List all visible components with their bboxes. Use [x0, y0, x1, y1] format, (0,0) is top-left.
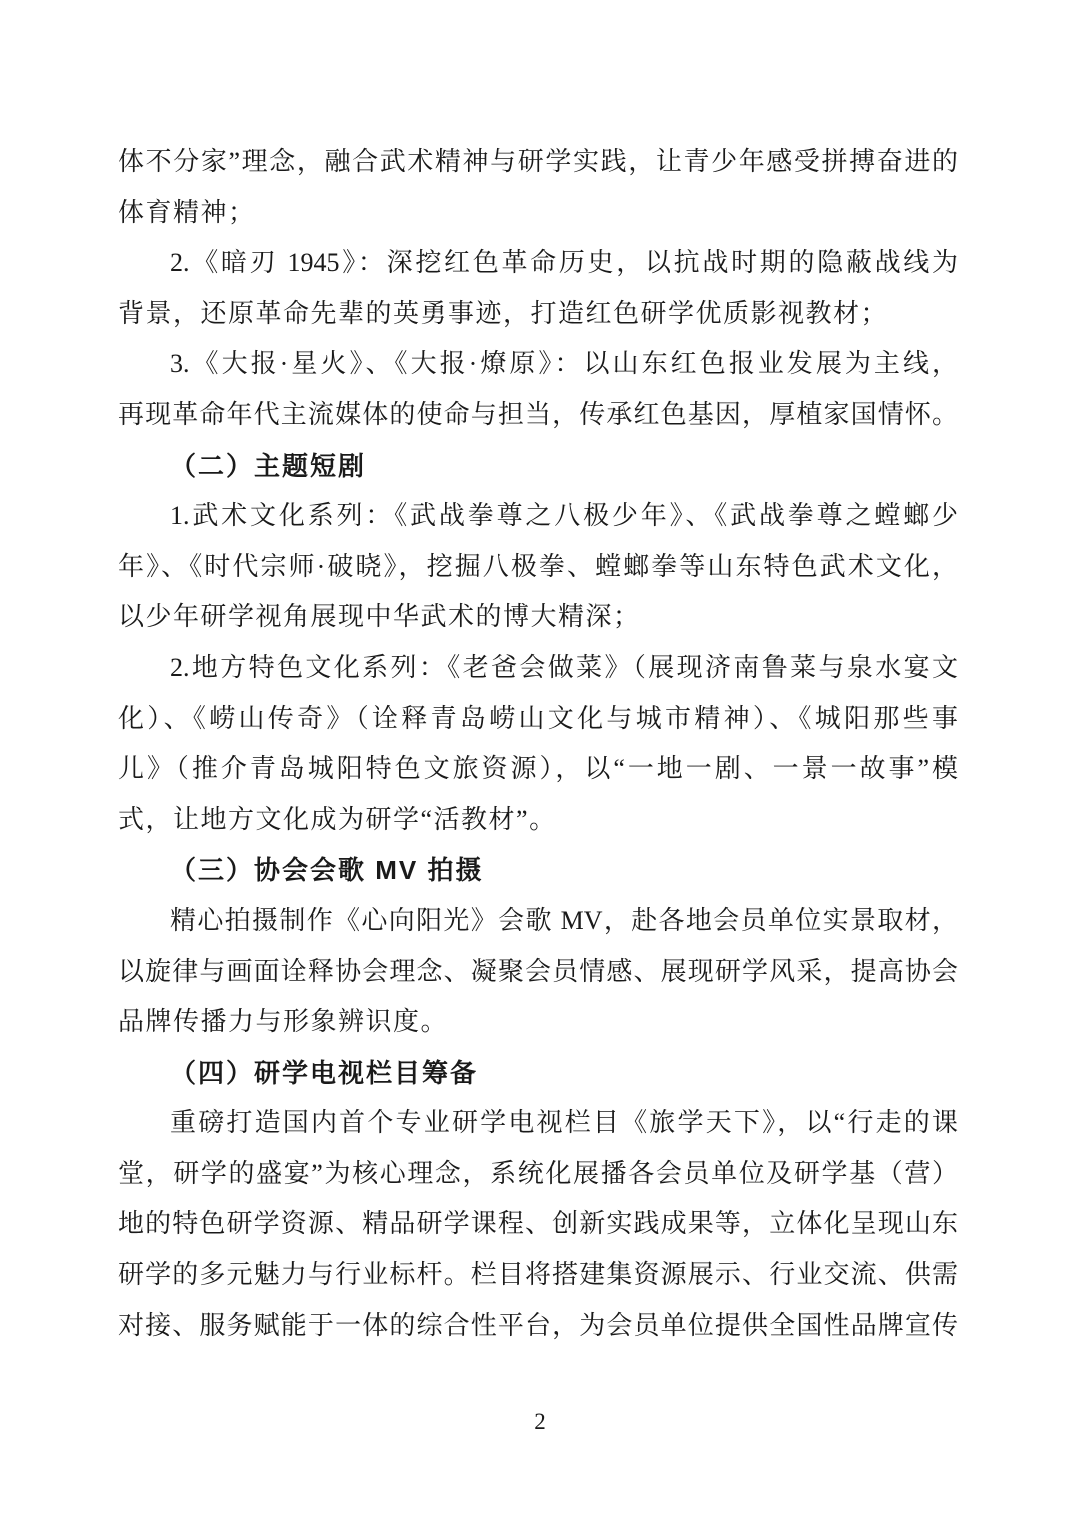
text-line: 研学的多元魅力与行业标杆。栏目将搭建集资源展示、行业交流、供需 [118, 1250, 958, 1301]
paragraph-start-line: 重磅打造国内首个专业研学电视栏目《旅学天下》，以“行走的课 [118, 1098, 958, 1149]
text-line: 体不分家”理念，融合武术精神与研学实践，让青少年感受拼搏奋进的 [118, 137, 958, 188]
list-item-2-anren1945: 2.《暗刃 1945》：深挖红色革命历史，以抗战时期的隐蔽战线为 [118, 238, 958, 289]
text-line: 品牌传播力与形象辨识度。 [118, 997, 958, 1048]
paragraph-start-line: 精心拍摄制作《心向阳光》会歌 MV，赴各地会员单位实景取材， [118, 896, 958, 947]
text-line: 堂，研学的盛宴”为核心理念，系统化展播各会员单位及研学基（营） [118, 1149, 958, 1200]
text-line: 以少年研学视角展现中华武术的博大精深； [118, 592, 958, 643]
text-line: 体育精神； [118, 188, 958, 239]
document-page: 体不分家”理念，融合武术精神与研学实践，让青少年感受拼搏奋进的 体育精神； 2.… [0, 0, 1080, 1527]
section-heading-3-anthem-mv: （三）协会会歌 MV 拍摄 [118, 845, 958, 896]
text-line: 背景，还原革命先辈的英勇事迹，打造红色研学优质影视教材； [118, 289, 958, 340]
text-line: 对接、服务赋能于一体的综合性平台，为会员单位提供全国性品牌宣传 [118, 1301, 958, 1352]
text-line: 儿》（推介青岛城阳特色文旅资源），以“一地一剧、一景一故事”模 [118, 744, 958, 795]
list-item-3-dabao: 3.《大报·星火》、《大报·燎原》：以山东红色报业发展为主线， [118, 339, 958, 390]
text-line: 化）、《崂山传奇》（诠释青岛崂山文化与城市精神）、《城阳那些事 [118, 694, 958, 745]
text-line: 年》、《时代宗师·破晓》，挖掘八极拳、螳螂拳等山东特色武术文化， [118, 542, 958, 593]
section-heading-4-tv-program: （四）研学电视栏目筹备 [118, 1048, 958, 1099]
list-item-2-local-culture: 2.地方特色文化系列：《老爸会做菜》（展现济南鲁菜与泉水宴文 [118, 643, 958, 694]
document-body: 体不分家”理念，融合武术精神与研学实践，让青少年感受拼搏奋进的 体育精神； 2.… [118, 137, 958, 1351]
text-line: 式，让地方文化成为研学“活教材”。 [118, 795, 958, 846]
page-number: 2 [0, 1408, 1080, 1436]
text-line: 再现革命年代主流媒体的使命与担当，传承红色基因，厚植家国情怀。 [118, 390, 958, 441]
text-line: 以旋律与画面诠释协会理念、凝聚会员情感、展现研学风采，提高协会 [118, 947, 958, 998]
list-item-1-wushu-series: 1.武术文化系列：《武战拳尊之八极少年》、《武战拳尊之螳螂少 [118, 491, 958, 542]
text-line: 地的特色研学资源、精品研学课程、创新实践成果等，立体化呈现山东 [118, 1199, 958, 1250]
section-heading-2-theme-short-drama: （二）主题短剧 [118, 441, 958, 492]
